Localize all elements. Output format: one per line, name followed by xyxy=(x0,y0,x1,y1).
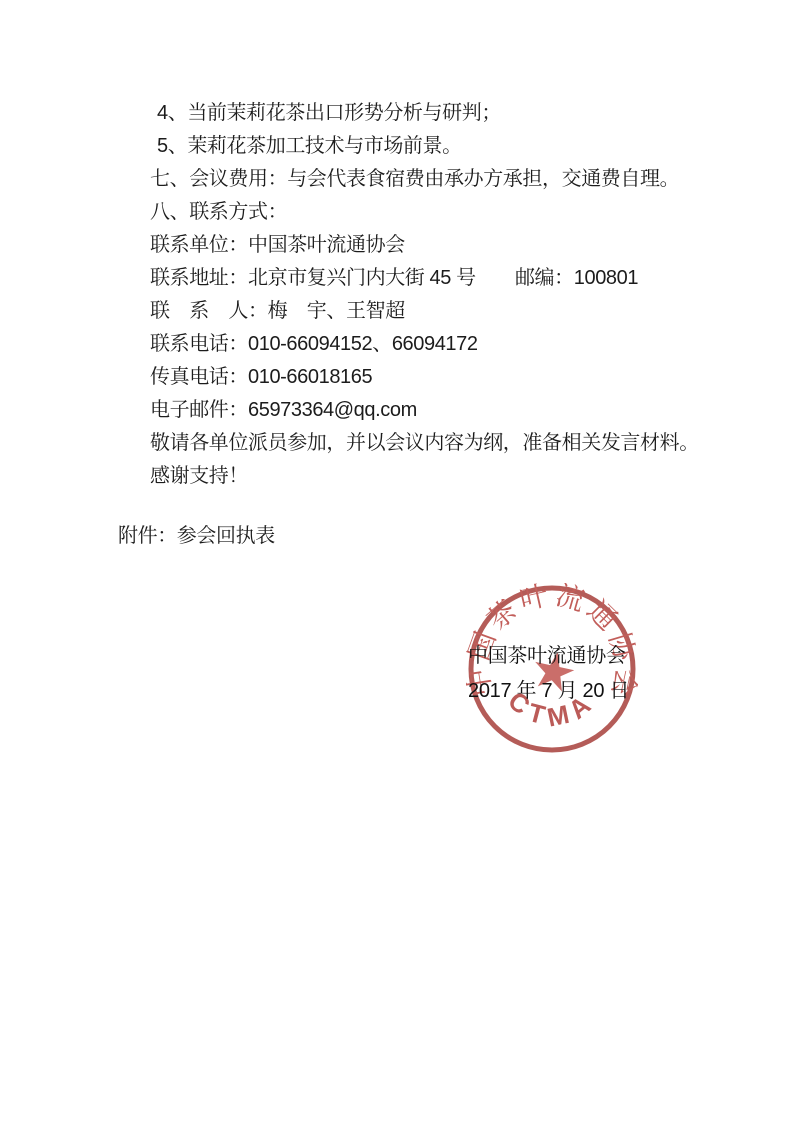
contact-unit-line: 联系单位：中国茶叶流通协会 xyxy=(150,229,699,262)
section-contact: 八、联系方式： xyxy=(150,196,699,229)
section-fees: 七、会议费用：与会代表食宿费由承办方承担，交通费自理。 xyxy=(150,163,699,196)
signature-date: 2017 年 7 月 20 日 xyxy=(468,681,629,702)
contact-person-line: 联 系 人：梅 宇、王智超 xyxy=(150,295,699,328)
agenda-item-5: 5、茉莉花茶加工技术与市场前景。 xyxy=(150,130,699,163)
contact-fax-line: 传真电话：010-66018165 xyxy=(150,361,699,394)
document-body: 4、当前茉莉花茶出口形势分析与研判； 5、茉莉花茶加工技术与市场前景。 七、会议… xyxy=(150,97,699,493)
signature-organization: 中国茶叶流通协会 xyxy=(468,646,626,667)
organization-seal-stamp: 中国茶叶流通协会 ★ CTMA xyxy=(466,583,638,755)
contact-email-line: 电子邮件：65973364@qq.com xyxy=(150,394,699,427)
contact-address-line: 联系地址：北京市复兴门内大街 45 号 邮编：100801 xyxy=(150,262,699,295)
agenda-item-4: 4、当前茉莉花茶出口形势分析与研判； xyxy=(150,97,699,130)
closing-thanks-line: 感谢支持！ xyxy=(150,460,699,493)
closing-request-line: 敬请各单位派员参加，并以会议内容为纲，准备相关发言材料。 xyxy=(150,427,699,460)
document-page: 4、当前茉莉花茶出口形势分析与研判； 5、茉莉花茶加工技术与市场前景。 七、会议… xyxy=(0,0,800,1131)
contact-phone-line: 联系电话：010-66094152、66094172 xyxy=(150,328,699,361)
attachment-line: 附件：参会回执表 xyxy=(118,524,275,548)
